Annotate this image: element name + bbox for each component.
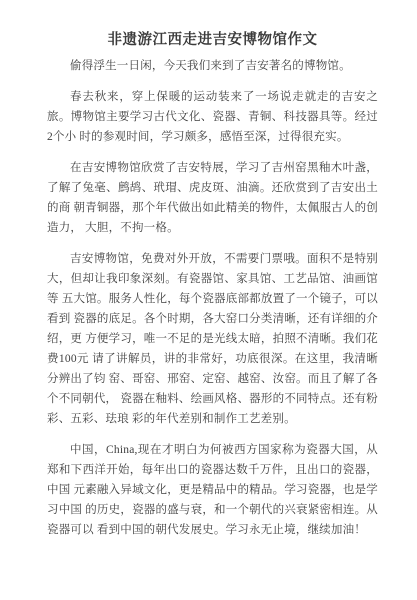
essay-paragraph-1: 偷得浮生一日闲，今天我们来到了吉安著名的博物馆。 <box>47 56 378 76</box>
essay-paragraph-4: 吉安博物馆，免费对外开放，不需要门票哦。面积不是特别 大，但却让我印象深刻。有瓷… <box>47 249 378 429</box>
essay-title: 非遗游江西走进吉安博物馆作文 <box>47 30 378 50</box>
essay-paragraph-2: 春去秋来，穿上保暖的运动装来了一场说走就走的吉安之旅。博物馆主要学习古代文化、瓷… <box>47 87 378 147</box>
essay-paragraph-5: 中国，China,现在才明白为何被西方国家称为瓷器大国，从郑和下西洋开始，每年出… <box>47 440 378 540</box>
document-page: 非遗游江西走进吉安博物馆作文 偷得浮生一日闲，今天我们来到了吉安著名的博物馆。 … <box>0 0 417 600</box>
essay-paragraph-3: 在吉安博物馆欣赏了吉安特展，学习了吉州窑黑釉木叶盏，了解了兔毫、鹧鸪、玳瑁、虎皮… <box>47 158 378 238</box>
essay-content: 非遗游江西走进吉安博物馆作文 偷得浮生一日闲，今天我们来到了吉安著名的博物馆。 … <box>0 0 417 540</box>
